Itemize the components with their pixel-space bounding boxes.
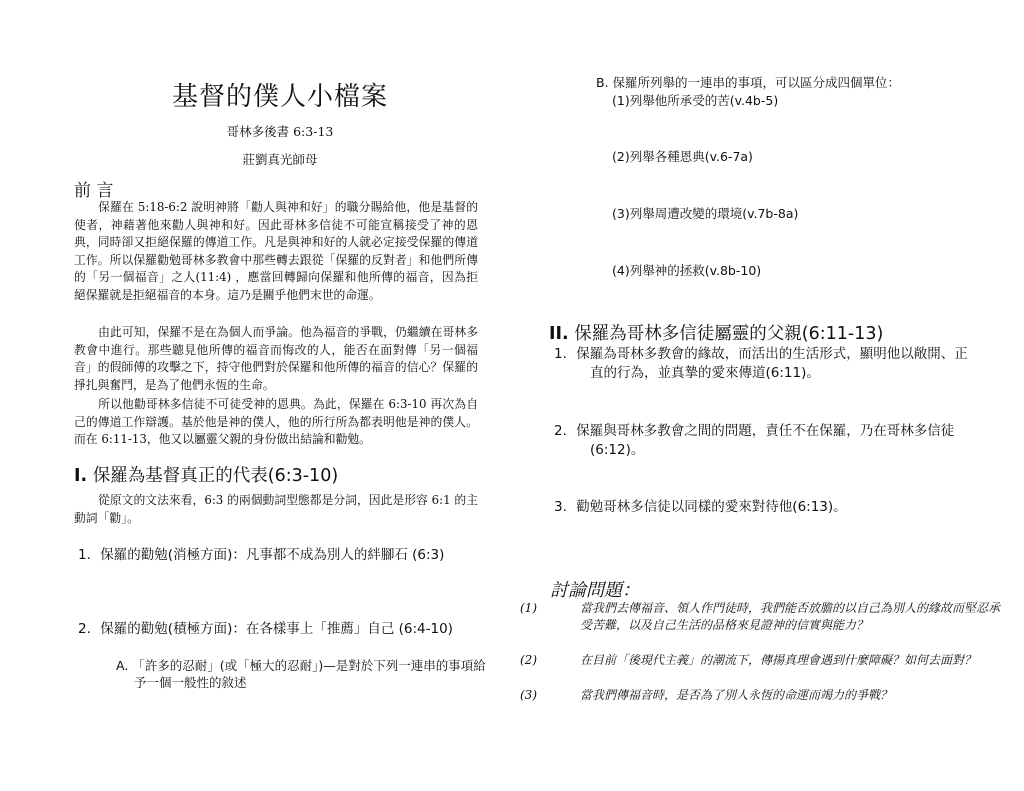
unit-1: (1)列舉他所承受的苦(v.4b-5)	[612, 92, 778, 109]
section-2-item-3: 3. 勸勉哥林多信徒以同樣的愛來對待他(6:13)。	[572, 498, 980, 517]
section-1-item-2: 2. 保羅的勸勉(積極方面)：在各樣事上「推薦」自己 (6:4-10)	[96, 620, 484, 639]
intro-paragraph-3: 所以他勸哥林多信徒不可徒受神的恩典。為此，保羅在 6:3-10 再次為自己的傳道…	[74, 396, 478, 449]
subitem-a: A. 「許多的忍耐」(或「極大的忍耐」)—是對於下列一連串的事項給予一個一般性的…	[116, 657, 494, 691]
discussion-question-2: (2)在目前「後現代主義」的潮流下，傳揚真理會遇到什麼障礙？如何去面對？	[550, 652, 1000, 669]
section-1-item-1: 1. 保羅的勸勉(消極方面)：凡事都不成為別人的絆腳石 (6:3)	[96, 546, 494, 565]
section-1-paragraph: 從原文的文法來看，6:3 的兩個動詞型態都是分詞，因此是形容 6:1 的主動詞「…	[74, 492, 478, 527]
unit-4: (4)列舉神的拯救(v.8b-10)	[612, 262, 761, 279]
discussion-question-1: (1)當我們去傳福音、領人作門徒時，我們能否放膽的以自己為別人的緣故而堅忍承受苦…	[550, 600, 1000, 633]
author: 莊劉真光師母	[60, 150, 500, 168]
discussion-heading: 討論問題：	[550, 576, 640, 602]
section-2-item-1: 1. 保羅為哥林多教會的緣故，而活出的生活形式，顯明他以敞開、正直的行為，並真摯…	[572, 345, 980, 383]
unit-3: (3)列舉周遭改變的環境(v.7b-8a)	[612, 205, 798, 222]
intro-paragraph-2: 由此可知，保羅不是在為個人而爭論。他為福音的爭戰，仍繼續在哥林多教會中進行。那些…	[74, 324, 478, 394]
section-2-heading: II. 保羅為哥林多信徒屬靈的父親(6:11-13)	[549, 320, 883, 345]
intro-paragraph-1: 保羅在 5:18-6:2 說明神將「勸人與神和好」的職分賜給他，他是基督的使者，…	[74, 199, 478, 305]
section-1-numeral: I.	[74, 466, 87, 486]
scripture-reference: 哥林多後書 6:3-13	[60, 122, 500, 140]
section-2-item-2: 2. 保羅與哥林多教會之間的問題，責任不在保羅，乃在哥林多信徒(6:12)。	[572, 422, 980, 460]
section-2-numeral: II.	[549, 324, 569, 344]
document-title: 基督的僕人小檔案	[60, 76, 500, 113]
intro-heading: 前 言	[74, 176, 113, 201]
unit-2: (2)列舉各種恩典(v.6-7a)	[612, 148, 753, 165]
discussion-question-3: (3)當我們傳福音時，是否為了別人永恆的命運而竭力的爭戰？	[550, 687, 1000, 704]
subitem-b: B. 保羅所列舉的一連串的事項，可以區分成四個單位：	[596, 74, 976, 91]
section-1-heading: I. 保羅為基督真正的代表(6:3-10)	[74, 462, 338, 487]
